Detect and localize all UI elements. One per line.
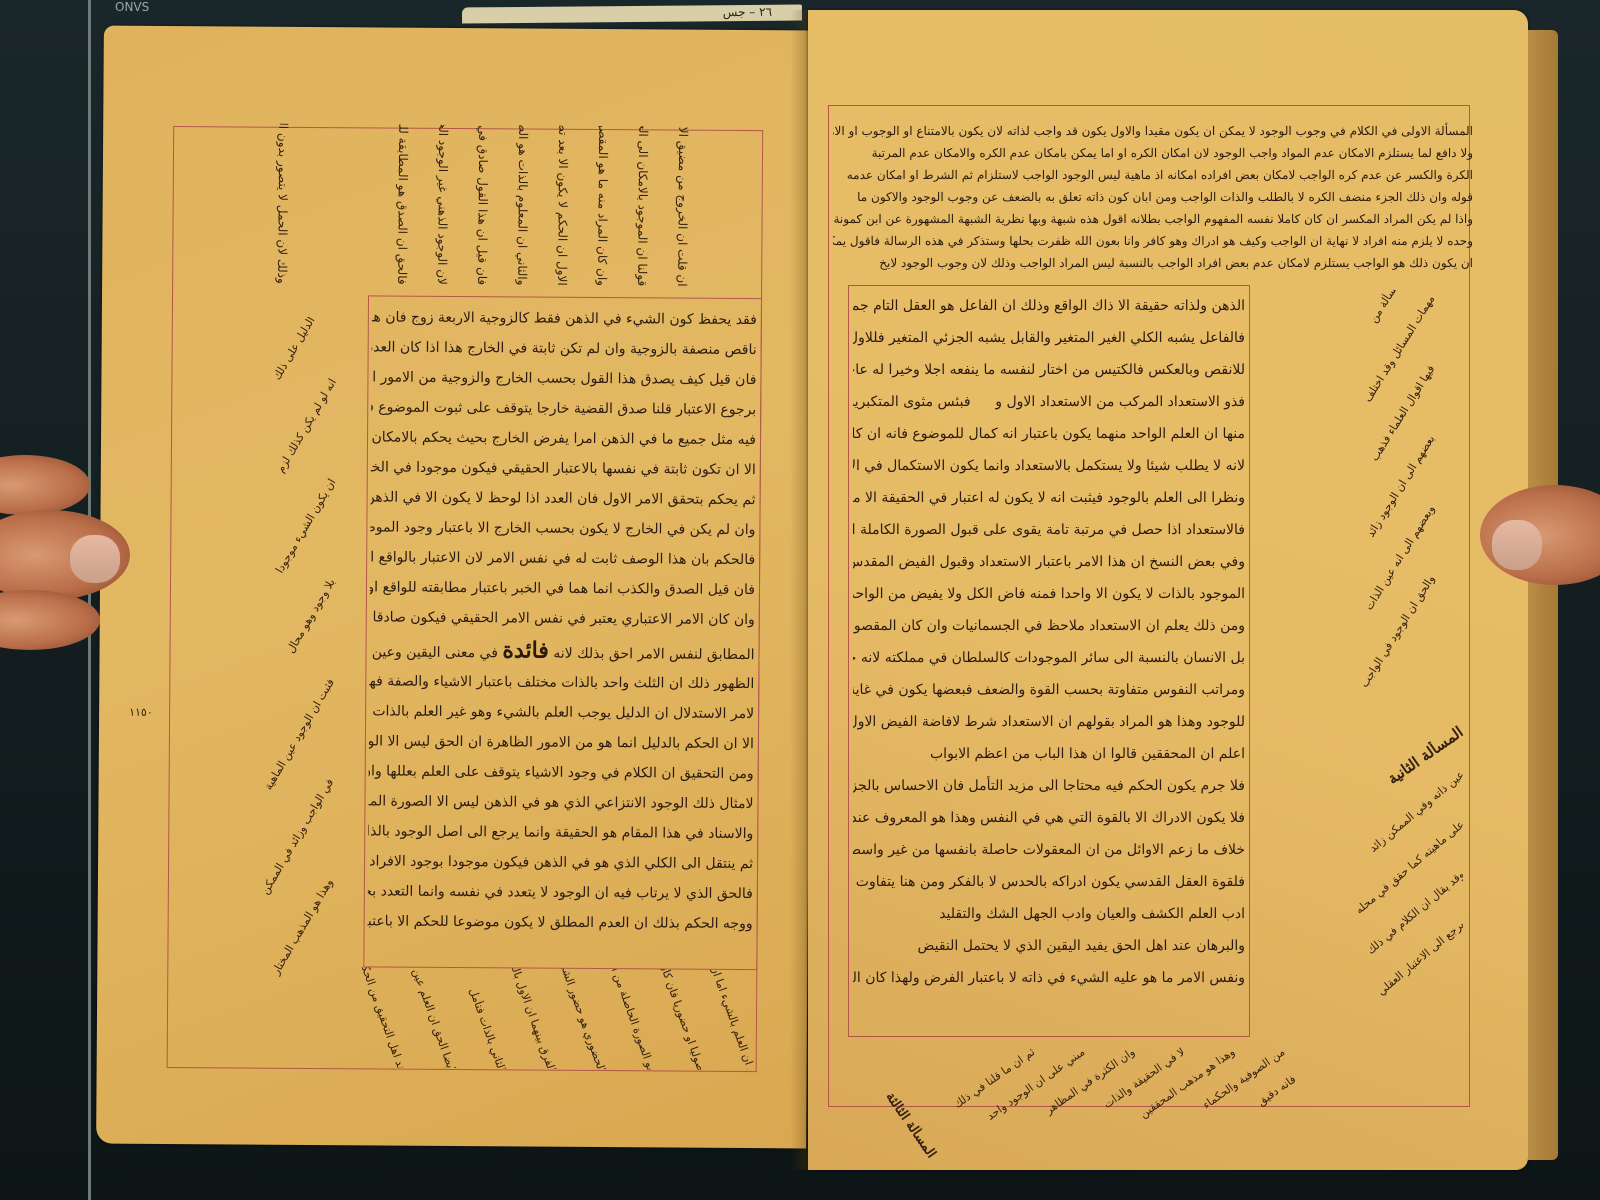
text-line: والاسناد في هذا المقام هو الحقيقة وانما …	[368, 816, 753, 849]
text-line: الظهور ذلك ان الثلث واحد بالذات مختلف با…	[369, 666, 754, 699]
slip-text: ٢٦ – جس	[723, 5, 772, 19]
right-side-margin: اعلم ان هذه المسألة من مهمات المسائل وقد…	[1253, 290, 1463, 1030]
text-line: ومن ذلك يعلم ان الاستعداد ملاحظ في الجسم…	[853, 610, 1245, 642]
text-line: ان يكون ذلك هو الواجب يستلزم لامكان عدم …	[833, 252, 1473, 274]
text-line: فان قيل كيف يصدق هذا القول بحسب الخارج و…	[371, 362, 756, 395]
text-line: ثم يحكم بتحقق الامر الاول فان العدد اذا …	[371, 482, 756, 515]
text-line: لامثال ذلك الوجود الانتزاعي الذي هو في ا…	[368, 786, 753, 819]
margin-column: قولنا ان الموجود بالامكان الى الخارج لا …	[635, 126, 650, 286]
text-line: اعلم ان المحققين قالوا ان هذا الباب من ا…	[853, 738, 1245, 770]
margin-line: والفرق بينهما ان الاول بالصورة	[504, 967, 560, 1070]
text-line: فلا جرم يكون الحكم فيه محتاجا الى مزيد ا…	[853, 770, 1245, 802]
text-line: وان كان الامر الاعتباري يعتبر في نفس الا…	[370, 602, 755, 635]
margin-line: فهو الصورة الحاصلة من الشيء في العقل	[604, 967, 660, 1070]
left-main-text: فقد يحفظ كون الشيء في الذهن فقط كالزوجية…	[368, 302, 757, 939]
text-line: ادب العلم الكشف والعيان وادب الجهل الشك …	[853, 898, 1245, 930]
book-cover-edge	[88, 0, 91, 1200]
text-segment: فذو الاستعداد المركب من الاستعداد الاول …	[995, 386, 1245, 418]
text-line: ونفس الامر ما هو عليه الشيء في ذاته لا ب…	[853, 962, 1245, 994]
left-thumbnail	[70, 535, 120, 583]
text-line: لامر الاستدلال ان الدليل يوجب العلم بالش…	[369, 696, 754, 729]
top-paper-slip: ٢٦ – جس	[462, 5, 802, 24]
text-line: خلاف ما زعم الاوائل من ان المعقولات حاصل…	[853, 834, 1245, 866]
text-line: ووجه الحكم بذلك ان العدم المطلق لا يكون …	[368, 906, 753, 939]
margin-column: ان قلت ان الخروج من مضيق الامكان الى فضا…	[675, 127, 690, 287]
text-line: للوجود وهذا هو المراد بقولهم ان الاستعدا…	[853, 706, 1245, 738]
text-line: ومن التحقيق ان الكلام في وجود الاشياء يت…	[369, 756, 754, 789]
margin-column: فان قيل ان هذا القول صادق في نفس الامر	[475, 125, 490, 285]
text-segment: في معنى اليقين وعين اليقين وحق اليقين	[369, 644, 498, 662]
text-line: فان قيل الصدق والكذب انما هما في الخبر ب…	[370, 572, 755, 605]
right-top-text: المسألة الاولى في الكلام في وجوب الوجود …	[833, 120, 1473, 274]
text-line: فالاستعداد اذا حصل في مرتبة تامة يقوى عل…	[853, 514, 1245, 546]
margin-line: فثبت ان الوجود عين الماهية	[204, 676, 337, 890]
quran-line: فذو الاستعداد المركب من الاستعداد الاول …	[853, 386, 1245, 418]
fa-ida-heading: فائدة	[502, 637, 549, 663]
text-line: بل الانسان بالنسبة الى سائر الموجودات كا…	[853, 642, 1245, 674]
text-line: وان لم يكن في الخارج لا يكون بحسب الخارج…	[370, 512, 755, 545]
text-segment: المطابق لنفس الامر احق بذلك لانه	[553, 646, 754, 663]
margin-line: انه لو لم يكن كذلك لزم	[206, 376, 339, 590]
text-line: ناقص منصفة بالزوجية وان لم تكن ثابتة في …	[372, 332, 757, 365]
margin-line: بلا وجود وهو محال	[205, 576, 338, 790]
margin-column: الاول ان الحكم لا يكون الا بعد تصور المو…	[555, 126, 570, 286]
margin-line: عند اهل التحقيق من الحكماء	[354, 967, 410, 1070]
text-line: ونظرا الى العلم بالوجود فيثبت انه لا يكو…	[853, 482, 1245, 514]
margin-column: فالحق ان الصدق هو المطابقة للواقع	[395, 125, 410, 285]
text-line: الذهن ولذاته حقيقة الا ذاك الواقع وذلك ا…	[853, 290, 1245, 322]
fa-ida-line: المطابق لنفس الامر احق بذلك لانه فائدة ف…	[369, 632, 754, 669]
text-line: فلا يكون الادراك الا بالقوة التي هي في ا…	[853, 802, 1245, 834]
text-line: والبرهان عند اهل الحق يفيد اليقين الذي ل…	[853, 930, 1245, 962]
margin-line: في الواجب وزائد في الممكن	[204, 776, 337, 990]
text-line: الا ان الحكم بالدليل انما هو من الامور ا…	[369, 726, 754, 759]
text-line: الكرة والكسر عن عدم كره الواجب لامكان بع…	[833, 164, 1473, 186]
margin-line: والحضوري هو حضور الشيء بنفسه عند العالم	[554, 967, 610, 1070]
text-line: ومراتب النفوس متفاوتة بحسب القوة والضعف …	[853, 674, 1245, 706]
text-line: فلقوة العقل القدسي يكون ادراكه بالحدس لا…	[853, 866, 1245, 898]
margin-column: وان كان المراد منه ما هو المقصود من الكل…	[595, 126, 610, 286]
text-line: لانه لا يطلب شيئا ولا يستكمل بالاستعداد …	[853, 450, 1245, 482]
margin-line: وايضا الحق ان العلم عين المعلوم	[404, 967, 460, 1070]
margin-number: ١١٥٠	[129, 706, 153, 719]
text-line: فالحق الذي لا يرتاب فيه ان الوجود لا يتع…	[368, 876, 753, 909]
text-line: ولا دافع لما يستلزم الامكان عدم المواد و…	[833, 142, 1473, 164]
margin-line: والثاني بالذات فتأمل	[454, 967, 510, 1070]
margin-column: والثاني ان المعلوم بالذات هو الصورة الحا…	[515, 125, 530, 285]
left-bottom-margin: بل يكون ذلك الحكم على الاربعة ثم ان العل…	[337, 967, 758, 1070]
text-line: واذا لم يكن المراد المكسر ان كان كاملا ن…	[833, 208, 1473, 230]
left-page: ان قلت ان الخروج من مضيق الامكان الى فضا…	[96, 26, 814, 1149]
text-line: وفي بعض النسخ ان هذا الامر باعتبار الاست…	[853, 546, 1245, 578]
text-line: قوله وان ذلك الجزء منضف الكره لا بالطلب …	[833, 186, 1473, 208]
text-line: برجوع الاعتبار قلنا صدق القضية خارجا يتو…	[371, 392, 756, 425]
cover-label: ONVS	[115, 0, 149, 14]
text-line: فالفاعل يشبه الكلي الغير المتغير والقابل…	[853, 322, 1245, 354]
margin-line: بل يكون ذلك الحكم على الاربعة	[754, 967, 757, 1070]
quran-phrase: فبئس مثوى المتكبرين	[853, 394, 971, 410]
text-line: للانقص وبالعكس فالكتيس من اختار لنفسه ما…	[853, 354, 1245, 386]
text-line: فالحكم بان هذا الوصف ثابت له في نفس الام…	[370, 542, 755, 575]
right-main-text: الذهن ولذاته حقيقة الا ذاك الواقع وذلك ا…	[853, 290, 1245, 994]
margin-line: ان يكون الشيء موجودا	[206, 476, 339, 690]
right-bottom-margin: المسألة الثالثة ثم ان ما قلنا في ذلك مبن…	[828, 1040, 1298, 1170]
text-line: فيه مثل جميع ما في الذهن امرا يفرض الخار…	[371, 422, 756, 455]
right-thumbnail	[1492, 520, 1542, 570]
page-stack-edge	[1528, 30, 1558, 1160]
text-line: الموجود بالذات لا يكون الا واحدا فمنه فا…	[853, 578, 1245, 610]
left-top-margin: ان قلت ان الخروج من مضيق الامكان الى فضا…	[182, 126, 753, 295]
margin-line: ثم ان العلم بالشيء اما ان يكون	[704, 967, 757, 1070]
right-page: المسألة الاولى في الكلام في وجوب الوجود …	[808, 10, 1528, 1170]
text-line: فقد يحفظ كون الشيء في الذهن فقط كالزوجية…	[372, 302, 757, 335]
text-line: ثم ينتقل الى الكلي الذي هو في الذهن فيكو…	[368, 846, 753, 879]
margin-column: لان الوجود الذهني غير الوجود الخارجي	[435, 125, 450, 285]
text-line: المسألة الاولى في الكلام في وجوب الوجود …	[833, 120, 1473, 142]
left-side-margin: واعلم ان الدليل على ذلك انه لو لم يكن كذ…	[169, 316, 364, 1057]
bottom-margin-heading: المسألة الثالثة	[857, 1054, 938, 1161]
margin-column: وذلك لان الحمل لا يتصور بدون الموضوع	[275, 124, 290, 284]
margin-line: حصوليا او حضوريا فان كان حصوليا	[654, 967, 710, 1070]
text-line: وحده لا يلزم منه افراد لا نهاية ان الواج…	[833, 230, 1473, 252]
text-line: منها ان العلم الواحد منهما يكون باعتبار …	[853, 418, 1245, 450]
text-line: الا ان تكون ثابتة في نفسها بالاعتبار الح…	[371, 452, 756, 485]
